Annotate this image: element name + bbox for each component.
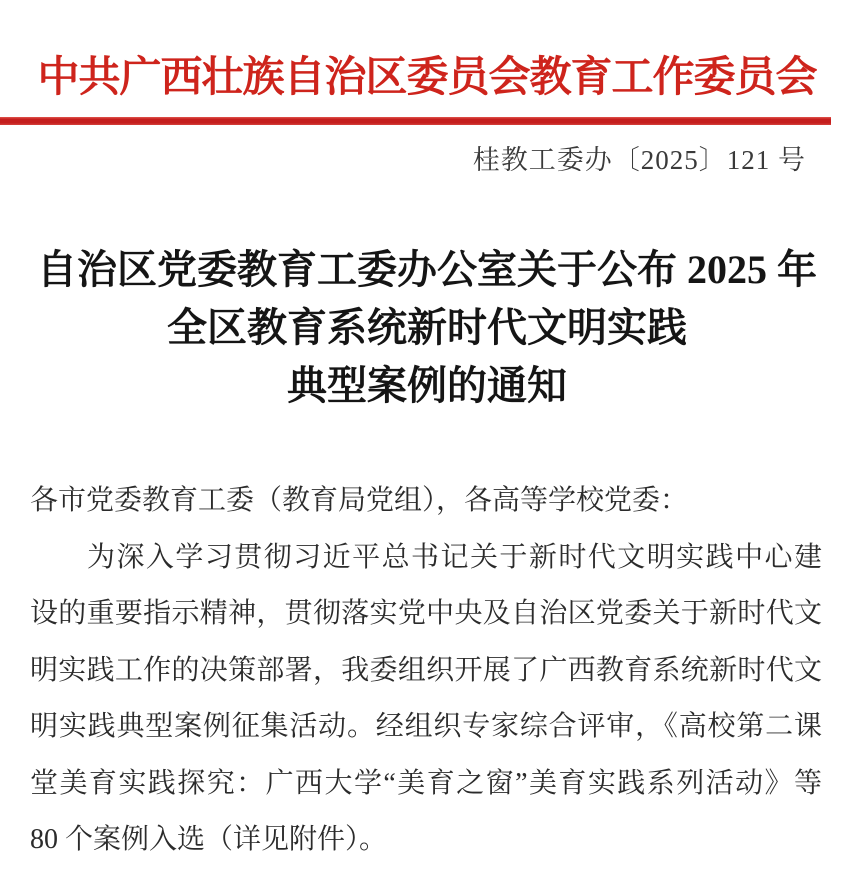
document-number: 桂教工委办〔2025〕121 号: [473, 143, 806, 177]
body-paragraph-line-5: 堂美育实践探究：广西大学“美育之窗”美育实践系列活动》等: [30, 756, 822, 813]
red-divider-rule: [0, 117, 831, 125]
document-title: 自治区党委教育工委办公室关于公布 2025 年 全区教育系统新时代文明实践 典型…: [0, 241, 854, 415]
document-body: 各市党委教育工委（教育局党组），各高等学校党委： 为深入学习贯彻习近平总书记关于…: [30, 473, 822, 869]
body-paragraph-line-1: 为深入学习贯彻习近平总书记关于新时代文明实践中心建: [30, 530, 822, 587]
document-title-line-3: 典型案例的通知: [0, 357, 854, 415]
salutation: 各市党委教育工委（教育局党组），各高等学校党委：: [30, 473, 822, 530]
body-paragraph-line-6: 80 个案例入选（详见附件）。: [30, 812, 822, 869]
body-paragraph-line-3: 明实践工作的决策部署，我委组织开展了广西教育系统新时代文: [30, 643, 822, 700]
body-paragraph-line-2: 设的重要指示精神，贯彻落实党中央及自治区党委关于新时代文: [30, 586, 822, 643]
document-title-line-1: 自治区党委教育工委办公室关于公布 2025 年: [0, 241, 854, 299]
issuing-org-title: 中共广西壮族自治区委员会教育工作委员会: [0, 48, 854, 108]
document-page: 中共广西壮族自治区委员会教育工作委员会 桂教工委办〔2025〕121 号 自治区…: [0, 0, 854, 874]
body-paragraph-line-4: 明实践典型案例征集活动。经组织专家综合评审，《高校第二课: [30, 699, 822, 756]
document-title-line-2: 全区教育系统新时代文明实践: [0, 299, 854, 357]
